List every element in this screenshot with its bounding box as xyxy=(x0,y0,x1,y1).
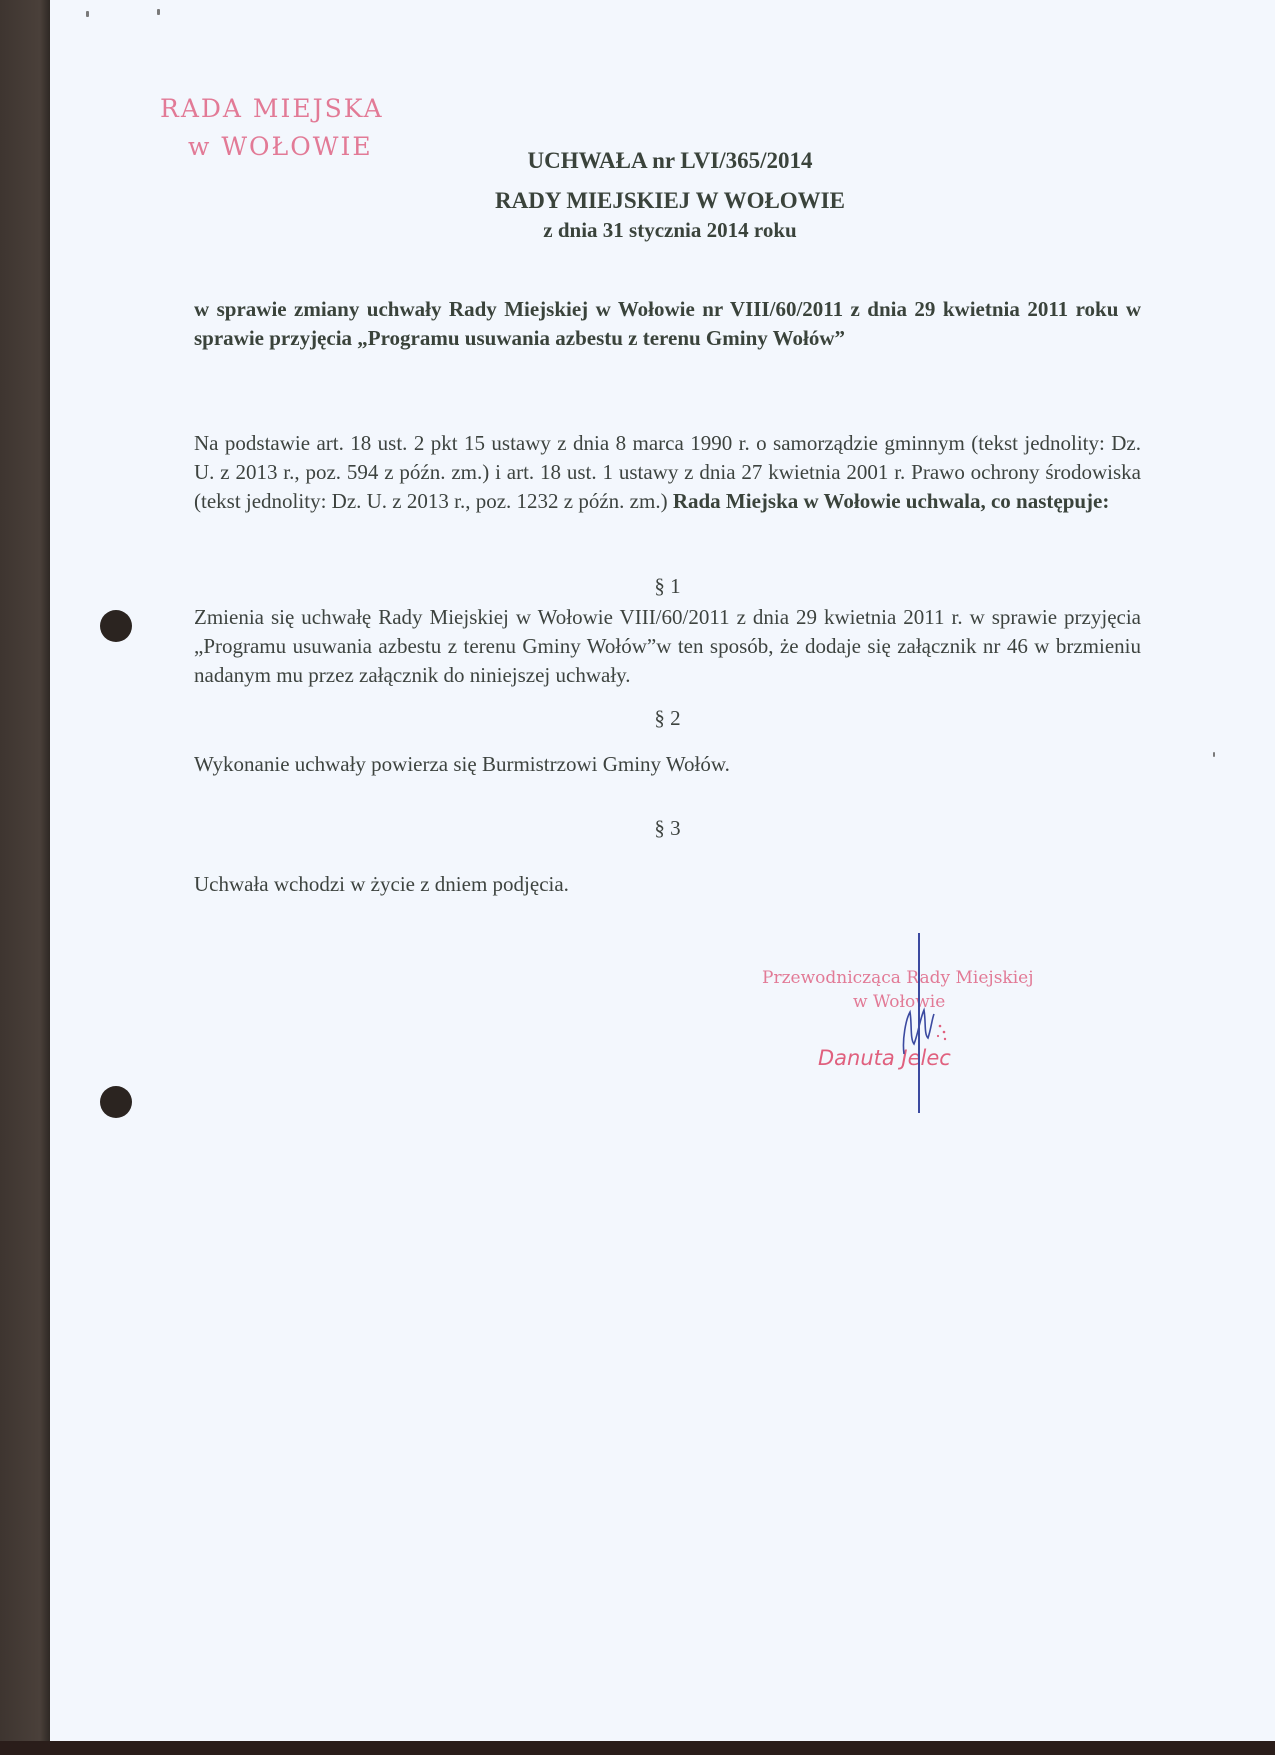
section-3-text: Uchwała wchodzi w życie z dniem podjęcia… xyxy=(194,870,1141,899)
council-stamp-line1: RADA MIEJSKA xyxy=(160,94,384,123)
section-3-mark: § 3 xyxy=(194,816,1141,841)
resolution-date: z dnia 31 stycznia 2014 roku xyxy=(190,218,1150,243)
punch-hole xyxy=(100,1086,132,1118)
resolves-text: Rada Miejska w Wołowie uchwala, co nastę… xyxy=(673,489,1110,513)
scan-speck xyxy=(86,11,89,17)
scan-speck xyxy=(1213,752,1215,757)
resolution-subject: w sprawie zmiany uchwały Rady Miejskiej … xyxy=(194,295,1141,353)
scan-left-edge xyxy=(0,0,50,1755)
handwritten-signature-icon xyxy=(898,1004,948,1064)
section-2-mark: § 2 xyxy=(194,706,1141,731)
resolution-issuer: RADY MIEJSKIEJ W WOŁOWIE xyxy=(190,188,1150,214)
section-2-text: Wykonanie uchwały powierza się Burmistrz… xyxy=(194,750,1141,779)
signature-stamp-title: Przewodnicząca Rady Miejskiej xyxy=(762,968,1034,988)
section-1-text: Zmienia się uchwałę Rady Miejskiej w Woł… xyxy=(194,603,1141,690)
scan-bottom-edge xyxy=(0,1741,1275,1755)
punch-hole xyxy=(100,610,132,642)
resolution-title: UCHWAŁA nr LVI/365/2014 xyxy=(190,148,1150,174)
section-1-mark: § 1 xyxy=(194,574,1141,599)
legal-basis-paragraph: Na podstawie art. 18 ust. 2 pkt 15 ustaw… xyxy=(194,429,1141,516)
scan-speck xyxy=(157,9,160,15)
